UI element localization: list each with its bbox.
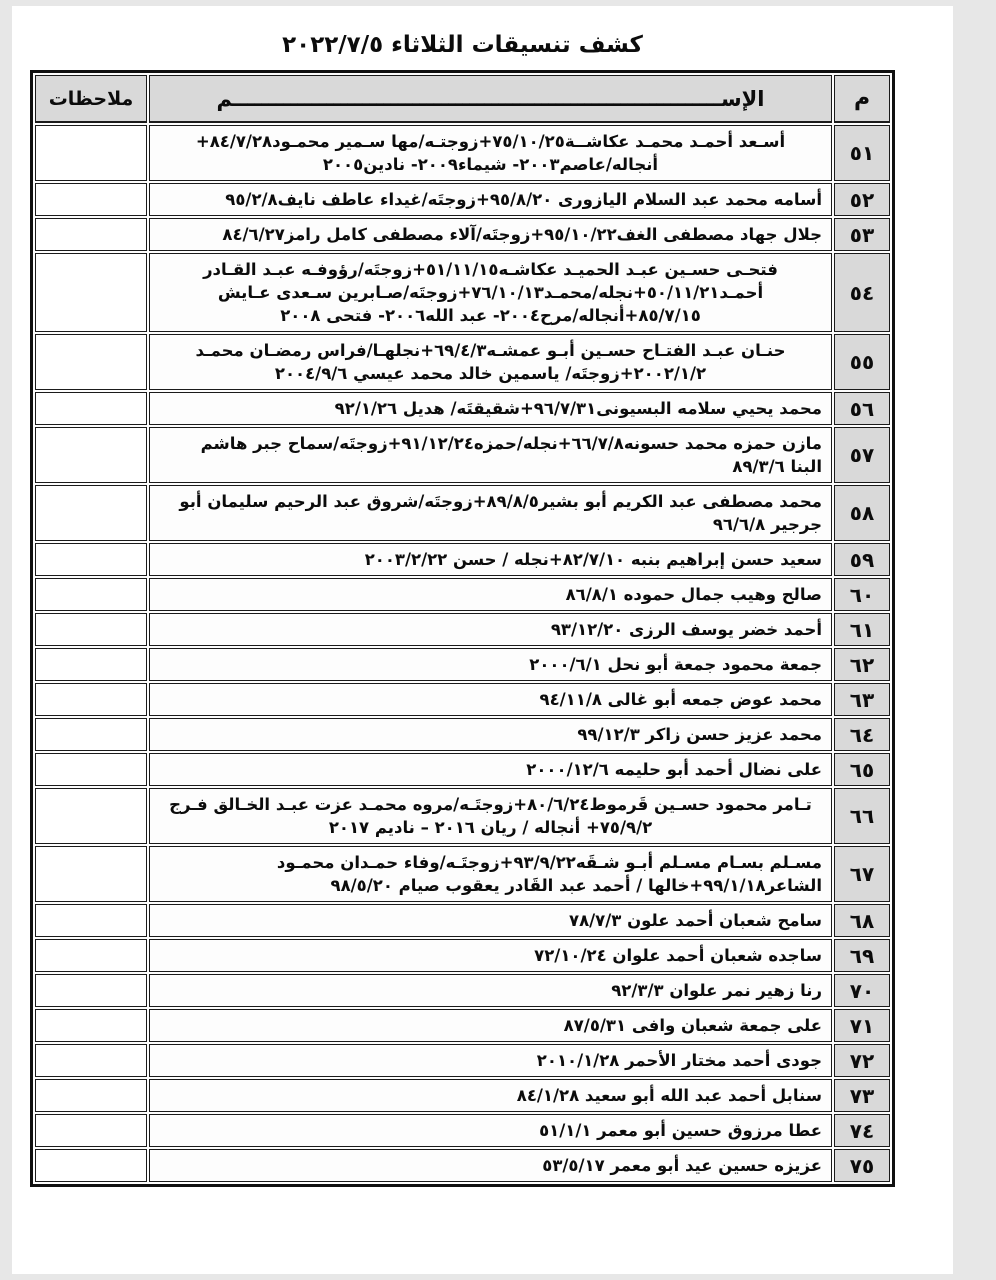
document-title: كشف تنسيقات الثلاثاء ٢٠٢٢/٧/٥ — [30, 32, 895, 58]
number-cell: ٦٧ — [834, 846, 890, 902]
number-cell: ٦٣ — [834, 683, 890, 716]
table-row: ٦٧مسـلم بسـام مسـلم أبـو شـقَه٩٣/٩/٢٢+زو… — [35, 846, 890, 902]
table-row: ٥٧مازن حمزه محمد حسونه٦٦/٧/٨+نجله/حمزه٩١… — [35, 427, 890, 483]
notes-cell — [35, 1114, 147, 1147]
number-cell: ٦٢ — [834, 648, 890, 681]
number-cell: ٦٦ — [834, 788, 890, 844]
table-row: ٥٣جلال جهاد مصطفى الغف٩٥/١٠/٢٢+زوجتَه/آل… — [35, 218, 890, 251]
number-cell: ٥٣ — [834, 218, 890, 251]
number-cell: ٦٨ — [834, 904, 890, 937]
name-cell: محمد مصطفى عبد الكريم أبو بشير٨٩/٨/٥+زوج… — [149, 485, 832, 541]
name-cell: أسامه محمد عبد السلام اليازورى ٩٥/٨/٢٠+ز… — [149, 183, 832, 216]
notes-cell — [35, 125, 147, 181]
table-row: ٥٢أسامه محمد عبد السلام اليازورى ٩٥/٨/٢٠… — [35, 183, 890, 216]
number-cell: ٥١ — [834, 125, 890, 181]
name-cell: أسـعد أحمـد محمـد عكاشــة٧٥/١٠/٢٥+زوجتـه… — [149, 125, 832, 181]
number-cell: ٥٤ — [834, 253, 890, 332]
number-cell: ٧٢ — [834, 1044, 890, 1077]
number-cell: ٧٤ — [834, 1114, 890, 1147]
name-cell: سامح شعبان أحمد علون ٧٨/٧/٣ — [149, 904, 832, 937]
coordination-table: م الإســــــــــــــــــــــــــــــــــ… — [33, 73, 892, 1184]
header-name: الإســــــــــــــــــــــــــــــــــــ… — [149, 75, 832, 123]
notes-cell — [35, 392, 147, 425]
number-cell: ٥٧ — [834, 427, 890, 483]
number-cell: ٧٣ — [834, 1079, 890, 1112]
table-row: ٦٩ساجده شعبان أحمد علوان ٧٢/١٠/٢٤ — [35, 939, 890, 972]
scanned-document: { "page": { "title": "كشف تنسيقات الثلاث… — [0, 0, 996, 1280]
notes-cell — [35, 648, 147, 681]
name-cell: حنـان عبـد الفتـاح حسـين أبـو عمشـه٦٩/٤/… — [149, 334, 832, 390]
table-row: ٦٠صالح وهيب جمال حموده ٨٦/٨/١ — [35, 578, 890, 611]
number-cell: ٥٩ — [834, 543, 890, 576]
table-frame: م الإســــــــــــــــــــــــــــــــــ… — [30, 70, 895, 1187]
number-cell: ٥٥ — [834, 334, 890, 390]
name-cell: جمعة محمود جمعة أبو نحل ٢٠٠٠/٦/١ — [149, 648, 832, 681]
notes-cell — [35, 846, 147, 902]
table-row: ٧٢جودى أحمد مختار الأحمر ٢٠١٠/١/٢٨ — [35, 1044, 890, 1077]
name-cell: محمد عوض جمعه أبو غالى ٩٤/١١/٨ — [149, 683, 832, 716]
number-cell: ٧٥ — [834, 1149, 890, 1182]
table-row: ٧٤عطا مرزوق حسين أبو معمر ٥١/١/١ — [35, 1114, 890, 1147]
name-cell: ساجده شعبان أحمد علوان ٧٢/١٠/٢٤ — [149, 939, 832, 972]
number-cell: ٦٤ — [834, 718, 890, 751]
header-row: م الإســــــــــــــــــــــــــــــــــ… — [35, 75, 890, 123]
notes-cell — [35, 974, 147, 1007]
notes-cell — [35, 718, 147, 751]
table-row: ٥٤فتحـى حسـين عبـد الحميـد عكاشـه٥١/١١/١… — [35, 253, 890, 332]
notes-cell — [35, 904, 147, 937]
name-cell: تـامر محمود حسـين قَرموط٨٠/٦/٢٤+زوجتَـه/… — [149, 788, 832, 844]
notes-cell — [35, 543, 147, 576]
name-cell: فتحـى حسـين عبـد الحميـد عكاشـه٥١/١١/١٥+… — [149, 253, 832, 332]
number-cell: ٦٠ — [834, 578, 890, 611]
number-cell: ٦١ — [834, 613, 890, 646]
name-cell: جلال جهاد مصطفى الغف٩٥/١٠/٢٢+زوجتَه/آلاء… — [149, 218, 832, 251]
number-cell: ٦٥ — [834, 753, 890, 786]
notes-cell — [35, 1149, 147, 1182]
notes-cell — [35, 1009, 147, 1042]
header-notes: ملاحظات — [35, 75, 147, 123]
table-row: ٧٠رنا زهير نمر علوان ٩٢/٣/٣ — [35, 974, 890, 1007]
table-row: ٦١أحمد خضر يوسف الرزى ٩٣/١٢/٢٠ — [35, 613, 890, 646]
name-cell: عزيزه حسين عيد أبو معمر ٥٣/٥/١٧ — [149, 1149, 832, 1182]
table-row: ٦٨سامح شعبان أحمد علون ٧٨/٧/٣ — [35, 904, 890, 937]
name-cell: سنابل أحمد عبد الله أبو سعيد ٨٤/١/٢٨ — [149, 1079, 832, 1112]
table-row: ٧٣سنابل أحمد عبد الله أبو سعيد ٨٤/١/٢٨ — [35, 1079, 890, 1112]
name-cell: على جمعة شعبان وافى ٨٧/٥/٣١ — [149, 1009, 832, 1042]
number-cell: ٥٢ — [834, 183, 890, 216]
notes-cell — [35, 253, 147, 332]
notes-cell — [35, 613, 147, 646]
notes-cell — [35, 485, 147, 541]
table-row: ٦٣محمد عوض جمعه أبو غالى ٩٤/١١/٨ — [35, 683, 890, 716]
table-row: ٧١على جمعة شعبان وافى ٨٧/٥/٣١ — [35, 1009, 890, 1042]
name-cell: صالح وهيب جمال حموده ٨٦/٨/١ — [149, 578, 832, 611]
table-row: ٦٢جمعة محمود جمعة أبو نحل ٢٠٠٠/٦/١ — [35, 648, 890, 681]
number-cell: ٥٦ — [834, 392, 890, 425]
notes-cell — [35, 218, 147, 251]
name-cell: رنا زهير نمر علوان ٩٢/٣/٣ — [149, 974, 832, 1007]
table-row: ٦٦تـامر محمود حسـين قَرموط٨٠/٦/٢٤+زوجتَـ… — [35, 788, 890, 844]
notes-cell — [35, 427, 147, 483]
name-cell: مسـلم بسـام مسـلم أبـو شـقَه٩٣/٩/٢٢+زوجت… — [149, 846, 832, 902]
notes-cell — [35, 334, 147, 390]
document-page: كشف تنسيقات الثلاثاء ٢٠٢٢/٧/٥ م الإســــ… — [12, 6, 953, 1274]
table-row: ٥٨محمد مصطفى عبد الكريم أبو بشير٨٩/٨/٥+ز… — [35, 485, 890, 541]
name-cell: أحمد خضر يوسف الرزى ٩٣/١٢/٢٠ — [149, 613, 832, 646]
header-number: م — [834, 75, 890, 123]
name-cell: على نضال أحمد أبو حليمه ٢٠٠٠/١٢/٦ — [149, 753, 832, 786]
notes-cell — [35, 788, 147, 844]
notes-cell — [35, 939, 147, 972]
notes-cell — [35, 578, 147, 611]
name-cell: سعيد حسن إبراهيم بنبه ٨٢/٧/١٠+نجله / حسن… — [149, 543, 832, 576]
table-row: ٦٤محمد عزيز حسن زاكر ٩٩/١٢/٣ — [35, 718, 890, 751]
name-cell: جودى أحمد مختار الأحمر ٢٠١٠/١/٢٨ — [149, 1044, 832, 1077]
notes-cell — [35, 683, 147, 716]
number-cell: ٦٩ — [834, 939, 890, 972]
table-row: ٧٥عزيزه حسين عيد أبو معمر ٥٣/٥/١٧ — [35, 1149, 890, 1182]
name-cell: محمد عزيز حسن زاكر ٩٩/١٢/٣ — [149, 718, 832, 751]
notes-cell — [35, 1044, 147, 1077]
table-row: ٥٥حنـان عبـد الفتـاح حسـين أبـو عمشـه٦٩/… — [35, 334, 890, 390]
table-row: ٥١أسـعد أحمـد محمـد عكاشــة٧٥/١٠/٢٥+زوجت… — [35, 125, 890, 181]
notes-cell — [35, 1079, 147, 1112]
notes-cell — [35, 753, 147, 786]
table-row: ٥٦محمد يحيي سلامه البسيونى٩٦/٧/٣١+شقيقتَ… — [35, 392, 890, 425]
number-cell: ٧١ — [834, 1009, 890, 1042]
number-cell: ٥٨ — [834, 485, 890, 541]
table-row: ٥٩سعيد حسن إبراهيم بنبه ٨٢/٧/١٠+نجله / ح… — [35, 543, 890, 576]
table-row: ٦٥على نضال أحمد أبو حليمه ٢٠٠٠/١٢/٦ — [35, 753, 890, 786]
name-cell: مازن حمزه محمد حسونه٦٦/٧/٨+نجله/حمزه٩١/١… — [149, 427, 832, 483]
notes-cell — [35, 183, 147, 216]
number-cell: ٧٠ — [834, 974, 890, 1007]
name-cell: عطا مرزوق حسين أبو معمر ٥١/١/١ — [149, 1114, 832, 1147]
name-cell: محمد يحيي سلامه البسيونى٩٦/٧/٣١+شقيقتَه/… — [149, 392, 832, 425]
